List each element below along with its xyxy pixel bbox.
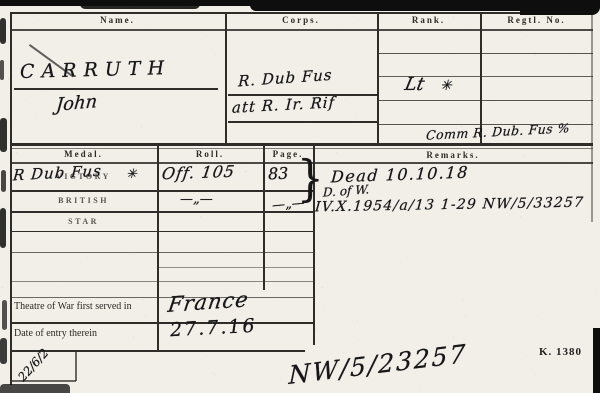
column-header-remarks: Remarks. [313, 150, 593, 160]
scan-edge-left-blob [1, 170, 6, 192]
medal-row-line [10, 281, 313, 282]
scan-edge-left-blob [0, 208, 6, 248]
divider-name-corps [225, 12, 227, 144]
medal-row-line [10, 231, 313, 232]
theatre-row-underline [10, 322, 313, 324]
column-header-roll: Roll. [157, 149, 263, 159]
corps-value-line1: R. Dub Fus [238, 66, 333, 91]
section-divider [10, 143, 593, 146]
column-header-rank: Rank. [377, 15, 480, 25]
date-of-entry-value: 27.7.16 [169, 315, 257, 341]
scan-edge-bottom-left [0, 384, 70, 393]
medal-row-star-label: STAR [10, 217, 157, 226]
medal-row-line [10, 190, 313, 192]
scan-edge-left-blob [2, 300, 7, 330]
corner-box-right [75, 352, 77, 381]
surname-underline [14, 88, 218, 90]
corps-underline-2 [228, 121, 377, 123]
remarks-line-2: D. of W. [323, 182, 370, 199]
date-of-entry-label: Date of entry therein [14, 328, 97, 339]
frame-right [591, 12, 593, 222]
scan-edge-left-blob [0, 18, 6, 44]
scan-edge-left-blob [0, 338, 7, 364]
corner-box-bottom [10, 380, 76, 382]
surname-value: CARRUTH [20, 57, 172, 83]
medal-row-line [157, 267, 313, 268]
page-ditto-mark: —„— [271, 196, 305, 214]
corner-diagonal-note: 22/6/2 [15, 346, 51, 384]
scan-edge-left-blob [0, 118, 7, 152]
column-header-name: Name. [10, 15, 225, 25]
column-header-corps: Corps. [225, 15, 377, 25]
column-header-regtl-no: Regtl. No. [480, 15, 593, 25]
scan-edge-right-bar [593, 328, 600, 393]
divider-roll-page [263, 145, 265, 290]
rank-row-line [377, 53, 593, 54]
scan-edge-left-blob [0, 60, 4, 80]
theatre-of-war-label: Theatre of War first served in [14, 301, 132, 312]
date-row-underline [10, 350, 305, 352]
roll-ditto-mark: —„— [180, 192, 213, 207]
column-header-medal: Medal. [10, 149, 157, 159]
page-value: 83 [268, 164, 289, 184]
divider-medal-roll [157, 145, 159, 352]
remarks-line-3: IV.X.1954/a/13 1-29 NW/5/33257 [314, 195, 585, 216]
medal-row-line [10, 252, 313, 253]
scan-edge-top-blob [520, 0, 600, 15]
frame-top [10, 12, 593, 14]
medal-row-line [10, 211, 313, 213]
medal-row-british-label: BRITISH [10, 196, 157, 205]
forename-value: John [55, 91, 98, 116]
medal-index-card: Name. Corps. Rank. Regtl. No. Medal. Rol… [0, 0, 600, 393]
header-underline [10, 29, 593, 31]
medal-row-line [10, 297, 313, 298]
theatre-of-war-value: France [166, 287, 250, 317]
rank-row-line [377, 100, 593, 101]
corps-value-line2: att R. Ir. Rif [232, 93, 336, 116]
form-code: K. 1380 [539, 346, 582, 358]
scan-edge-top-blob [80, 0, 200, 9]
medal-asterisk-mark: ✳ [126, 167, 137, 182]
rank-asterisk-mark: ✳ [440, 78, 452, 94]
reference-number: NW/5/23257 [288, 339, 467, 390]
roll-value: Off. 105 [161, 162, 237, 184]
rank-value: Lt [403, 74, 427, 95]
